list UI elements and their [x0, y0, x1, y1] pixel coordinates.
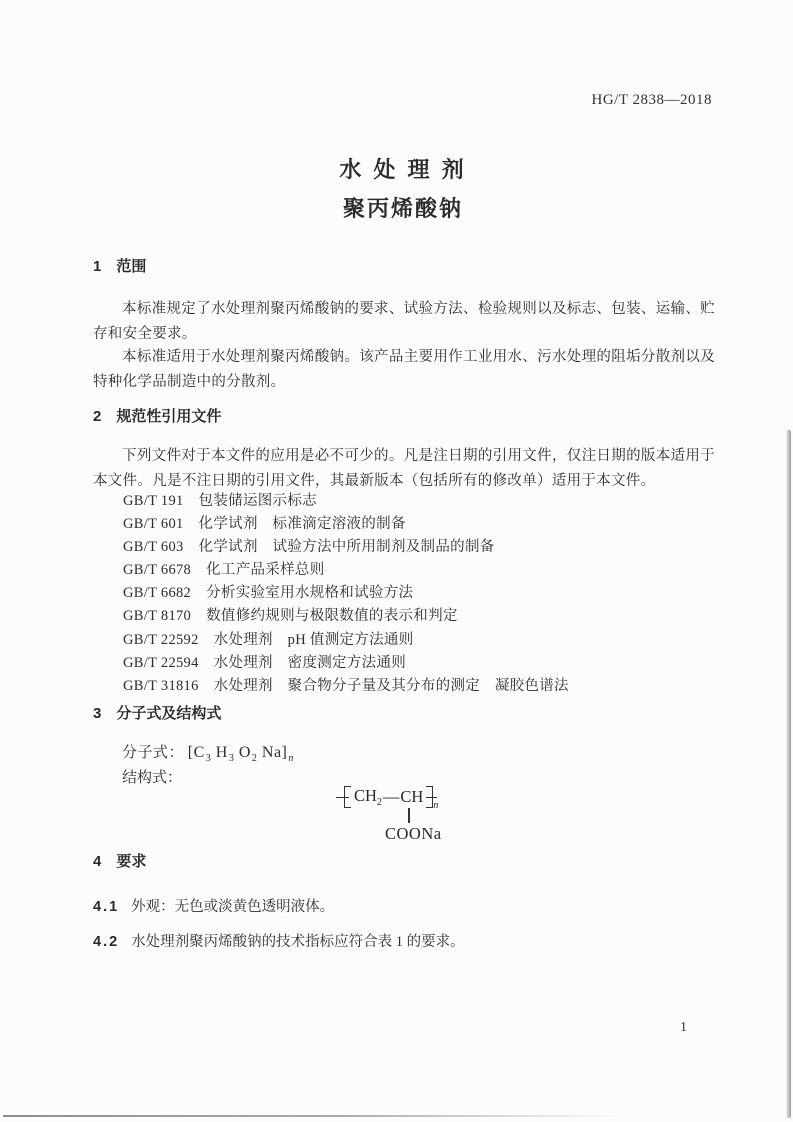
doc-title-line1: 水 处 理 剂 — [93, 153, 713, 184]
group-subscript: 2 — [377, 797, 382, 808]
section-1-heading: 1范围 — [93, 255, 146, 276]
reference-code: GB/T 22592 — [123, 629, 199, 652]
reference-code: GB/T 31816 — [123, 675, 199, 698]
section-3-heading: 3分子式及结构式 — [93, 702, 221, 723]
section-1-title: 范围 — [116, 258, 146, 275]
clause-number: 4.2 — [93, 934, 119, 950]
normative-references-list: GB/T 191包装储运图示标志 GB/T 601化学试剂 标准滴定溶液的制备 … — [123, 490, 569, 698]
formula-subscript-n: n — [288, 753, 294, 764]
standard-code: HG/T 2838—2018 — [0, 92, 712, 109]
section-4-heading: 4要求 — [93, 850, 146, 871]
formula-segment: O — [239, 744, 251, 761]
reference-item: GB/T 22594水处理剂 密度测定方法通则 — [123, 652, 569, 675]
clause-text: 水处理剂聚丙烯酸钠的技术指标应符合表 1 的要求。 — [131, 934, 465, 950]
left-bracket — [344, 786, 351, 808]
document-page: HG/T 2838—2018 水 处 理 剂 聚丙烯酸钠 1范围 本标准规定了水… — [0, 0, 793, 1122]
reference-title: 水处理剂 聚合物分子量及其分布的测定 凝胶色谱法 — [214, 678, 569, 694]
structural-formula: CH2 — CH n COONa — [344, 785, 442, 844]
reference-code: GB/T 6682 — [123, 582, 191, 605]
section-3-number: 3 — [93, 705, 101, 722]
reference-title: 化学试剂 试验方法中所用制剂及制品的制备 — [199, 539, 495, 555]
reference-item: GB/T 22592水处理剂 pH 值测定方法通则 — [123, 629, 569, 652]
reference-code: GB/T 22594 — [123, 652, 199, 675]
formula-subscript: 2 — [252, 753, 258, 764]
reference-code: GB/T 191 — [123, 490, 184, 513]
group-ch2: CH2 — [354, 786, 382, 808]
reference-item: GB/T 6678化工产品采样总则 — [123, 559, 569, 582]
reference-item: GB/T 8170数值修约规则与极限数值的表示和判定 — [123, 605, 569, 628]
section-3-title: 分子式及结构式 — [116, 705, 221, 722]
reference-title: 数值修约规则与极限数值的表示和判定 — [206, 608, 458, 624]
molecular-formula-line: 分子式： [C3 H3 O2 Na]n — [122, 741, 294, 764]
bond-line-vertical — [408, 808, 410, 823]
formula-subscript: 3 — [206, 753, 212, 764]
section-4-title: 要求 — [116, 853, 146, 870]
section-4-number: 4 — [93, 853, 101, 870]
reference-item: GB/T 191包装储运图示标志 — [123, 490, 569, 513]
scan-edge-right — [786, 430, 791, 1118]
formula-segment: Na] — [262, 744, 287, 761]
reference-code: GB/T 6678 — [123, 559, 191, 582]
reference-code: GB/T 601 — [123, 513, 184, 536]
reference-code: GB/T 8170 — [123, 605, 191, 628]
doc-title-line2: 聚丙烯酸钠 — [93, 192, 713, 223]
reference-title: 包装储运图示标志 — [199, 493, 317, 509]
clause-number: 4.1 — [93, 899, 119, 915]
formula-segment: [C — [188, 744, 205, 761]
section-2-heading: 2规范性引用文件 — [93, 405, 221, 426]
references-intro-paragraph: 下列文件对于本文件的应用是必不可少的。凡是注日期的引用文件，仅注日期的版本适用于… — [93, 444, 715, 494]
clause-text: 外观：无色或淡黄色透明液体。 — [131, 899, 334, 915]
clause-4-1: 4.1外观：无色或淡黄色透明液体。 — [93, 895, 334, 916]
formula-subscript: 3 — [229, 753, 235, 764]
molecular-formula-label: 分子式： — [122, 745, 184, 761]
reference-title: 分析实验室用水规格和试验方法 — [206, 585, 413, 601]
group-text: CH — [354, 786, 377, 805]
scope-paragraph-1: 本标准规定了水处理剂聚丙烯酸钠的要求、试验方法、检验规则以及标志、包装、运输、贮… — [93, 297, 715, 347]
reference-code: GB/T 603 — [123, 536, 184, 559]
group-ch: CH — [400, 787, 423, 807]
reference-item: GB/T 603化学试剂 试验方法中所用制剂及制品的制备 — [123, 536, 569, 559]
repeat-subscript-n: n — [433, 800, 438, 811]
repeat-unit: CH2 — CH n — [344, 785, 442, 809]
reference-title: 化工产品采样总则 — [206, 562, 324, 578]
section-1-number: 1 — [93, 258, 101, 275]
section-2-number: 2 — [93, 408, 101, 425]
page-number: 1 — [680, 1020, 687, 1036]
molecular-formula: [C3 H3 O2 Na]n — [188, 744, 294, 761]
structural-formula-label: 结构式： — [122, 766, 182, 787]
pendant-group-coona: COONa — [385, 824, 442, 844]
scope-paragraph-2: 本标准适用于水处理剂聚丙烯酸钠。该产品主要用作工业用水、污水处理的阻垢分散剂以及… — [93, 345, 715, 395]
reference-item: GB/T 601化学试剂 标准滴定溶液的制备 — [123, 513, 569, 536]
reference-title: 水处理剂 密度测定方法通则 — [214, 655, 406, 671]
clause-4-2: 4.2水处理剂聚丙烯酸钠的技术指标应符合表 1 的要求。 — [93, 930, 465, 951]
right-bracket — [426, 786, 433, 808]
formula-segment: H — [216, 744, 228, 761]
reference-item: GB/T 31816水处理剂 聚合物分子量及其分布的测定 凝胶色谱法 — [123, 675, 569, 698]
section-2-title: 规范性引用文件 — [116, 408, 221, 425]
reference-title: 化学试剂 标准滴定溶液的制备 — [199, 516, 406, 532]
bond-dash: — — [383, 787, 400, 807]
reference-item: GB/T 6682分析实验室用水规格和试验方法 — [123, 582, 569, 605]
scan-edge-bottom — [3, 1115, 623, 1117]
reference-title: 水处理剂 pH 值测定方法通则 — [214, 632, 414, 648]
